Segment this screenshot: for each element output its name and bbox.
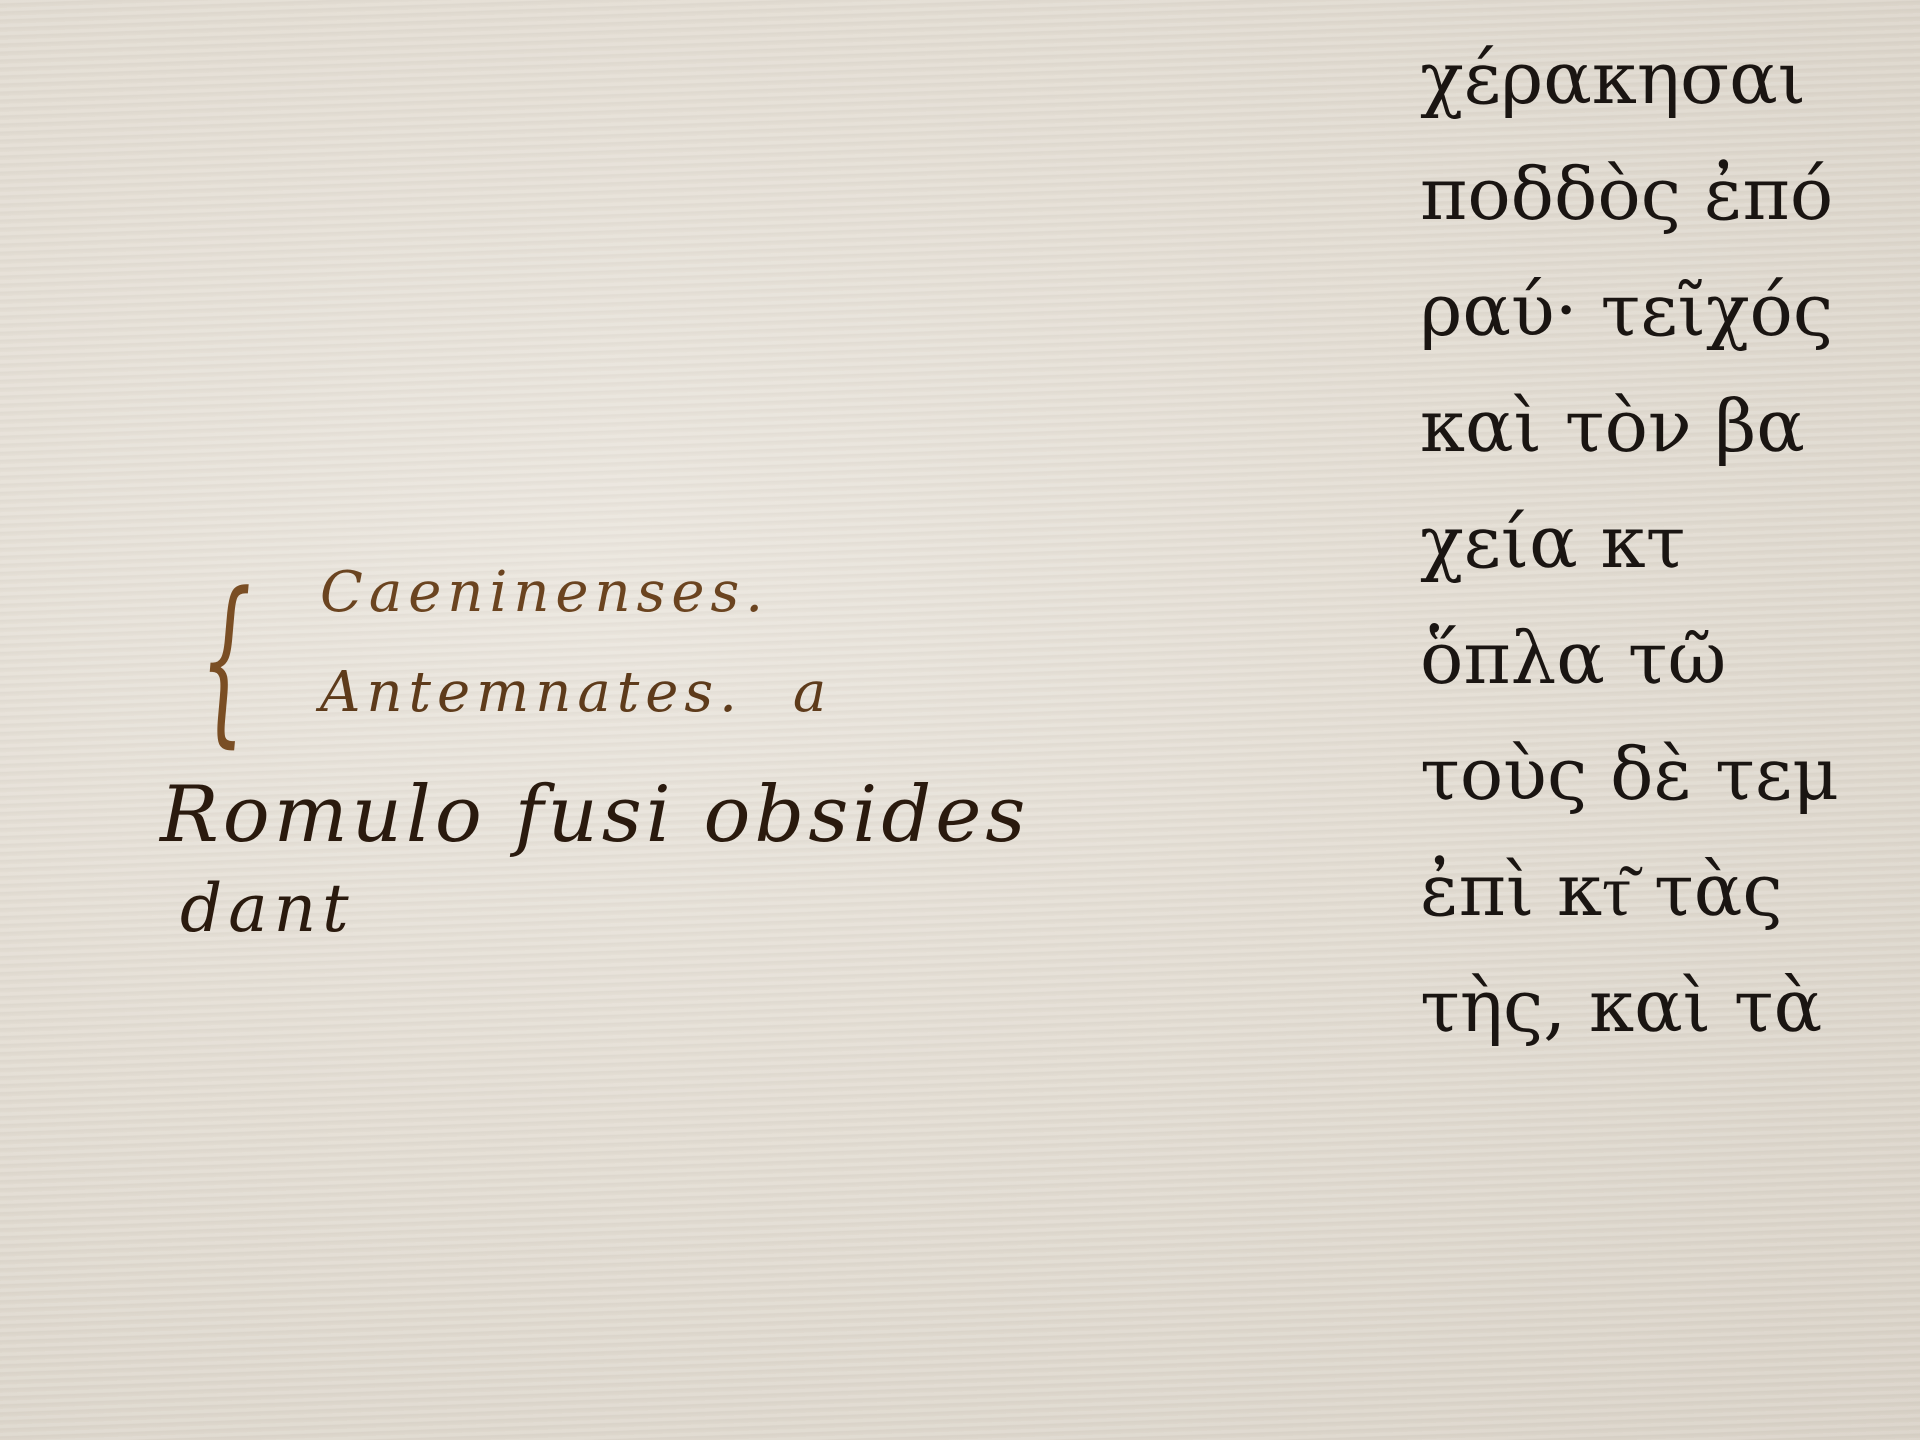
- note-line-romulo: Romulo fusi obsides: [160, 770, 1029, 860]
- note-word-a: a: [793, 660, 832, 725]
- note-line-antemnates: Antemnates.a: [320, 660, 832, 725]
- greek-line: τὴς, καὶ τὰ: [1420, 948, 1920, 1064]
- greek-line: χέρακησαι: [1420, 20, 1920, 136]
- brace-icon: {: [200, 570, 252, 750]
- note-word-antemnates: Antemnates.: [320, 660, 743, 725]
- greek-line: ποδδὸς ἐπό: [1420, 136, 1920, 252]
- greek-main-text: χέρακησαι ποδδὸς ἐπό ραύ· τεῖχός καὶ τὸν…: [1420, 20, 1920, 1064]
- note-line-dant: dant: [180, 870, 355, 947]
- greek-line: τοὺς δὲ τεμ: [1420, 716, 1920, 832]
- greek-line: ραύ· τεῖχός: [1420, 252, 1920, 368]
- greek-line: ἐπὶ κτ͂ τὰς: [1420, 832, 1920, 948]
- greek-line: καὶ τὸν βα: [1420, 368, 1920, 484]
- note-line-caeninenses: Caeninenses.: [320, 560, 769, 625]
- greek-line: ὅπλα τῶ: [1420, 600, 1920, 716]
- greek-line: χεία κτ: [1420, 484, 1920, 600]
